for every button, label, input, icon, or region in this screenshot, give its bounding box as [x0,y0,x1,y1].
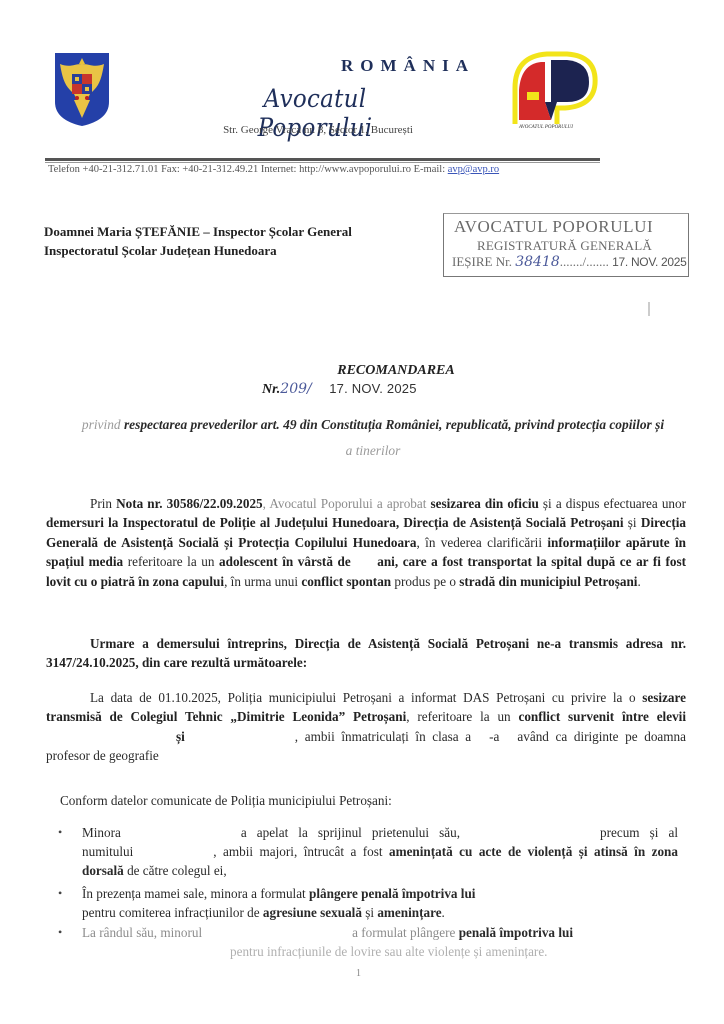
svg-text:AVOCATUL POPORULUI: AVOCATUL POPORULUI [518,125,573,130]
page-number: 1 [356,968,361,979]
list-item: În prezența mamei sale, minora a formula… [58,884,678,922]
stamp-exit-number: 38418 [515,254,560,270]
recipient-name: Doamnei Maria ȘTEFĂNIE – Inspector Școla… [44,222,352,241]
recipient-institution: Inspectoratul Școlar Județean Hunedoara [44,241,352,260]
list-item: La rândul său, minorula formulat plânger… [58,923,678,961]
stamp-exit-date: 17. NOV. 2025 [612,255,686,269]
header-divider-thin [45,162,600,163]
contact-text: Telefon +40-21-312.71.01 Fax: +40-21-312… [48,164,448,175]
stamp-exit-line: IEȘIRE Nr. 38418......./....... 17. NOV.… [452,254,687,270]
paragraph-police-info: La data de 01.10.2025, Poliția municipiu… [46,688,686,766]
document-number-line: Nr.209/ 17. NOV. 2025 [262,381,417,398]
list-item: Minoraa apelat la sprijinul prietenului … [58,823,678,881]
nr-value: 209/ [280,381,311,397]
incident-list: Minoraa apelat la sprijinul prietenului … [58,823,678,961]
nr-label: Nr. [262,382,280,397]
stamp-registry: REGISTRATURĂ GENERALĂ [477,238,652,254]
email-link[interactable]: avp@avp.ro [448,164,499,175]
scan-mark [648,302,650,316]
institution-address: Str. George Vraca nr. 8, Sector 1, Bucur… [208,124,428,136]
recipient-block: Doamnei Maria ȘTEFĂNIE – Inspector Școla… [44,222,352,260]
paragraph-police-data: Conform datelor comunicate de Poliția mu… [60,791,700,810]
stamp-exit-label: IEȘIRE Nr. [452,254,512,269]
document-date: 17. NOV. 2025 [329,381,416,396]
header-divider [45,158,600,161]
country-heading: ROMÂNIA [0,56,724,76]
document-subtitle: privind respectarea prevederilor art. 49… [58,412,688,464]
document-title: RECOMANDAREA [0,363,724,379]
paragraph-followup: Urmare a demersului întreprins, Direcția… [46,634,686,673]
avp-logo-icon: AVOCATUL POPORULUI [505,48,603,130]
registry-stamp: AVOCATUL POPORULUI REGISTRATURĂ GENERALĂ… [443,213,689,277]
contact-line: Telefon +40-21-312.71.01 Fax: +40-21-312… [48,164,608,175]
paragraph-intro: Prin Nota nr. 30586/22.09.2025, Avocatul… [46,494,686,591]
stamp-institution: AVOCATUL POPORULUI [454,217,653,237]
